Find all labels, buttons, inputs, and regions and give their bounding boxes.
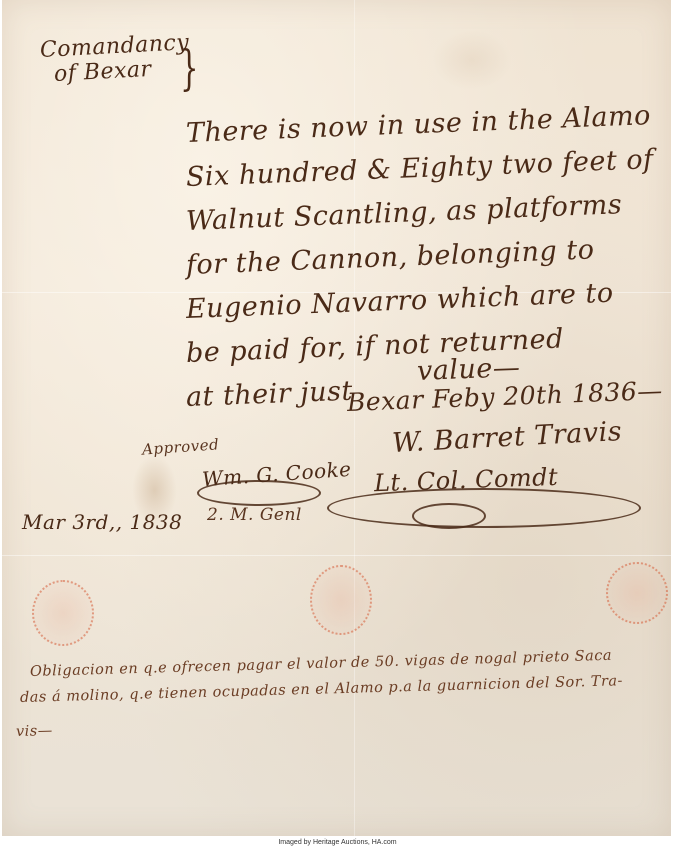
spanish-note-line-2: das á molino, q.e tienen ocupadas en el … (20, 673, 623, 706)
brace-mark: } (180, 40, 198, 96)
approval-date: Mar 3rd,, 1838 (22, 510, 182, 534)
heading-line-2: of Bexar (53, 57, 152, 87)
signature-flourish (412, 503, 486, 529)
body-line-4: for the Cannon, belonging to (185, 234, 595, 281)
body-line-3: Walnut Scantling, as platforms (185, 189, 622, 237)
body-line-1: There is now in use in the Alamo (185, 100, 651, 149)
body-line-7: at their just (185, 376, 353, 413)
paper-sheet: Comandancy of Bexar } There is now in us… (2, 0, 671, 836)
approval-title: 2. M. Genl (207, 505, 302, 525)
image-credit: Imaged by Heritage Auctions, HA.com (0, 839, 675, 846)
body-line-5: Eugenio Navarro which are to (185, 278, 614, 325)
approval-flourish (197, 480, 321, 506)
dateline: Bexar Feby 20th 1836— (346, 376, 663, 417)
signature-travis: W. Barret Travis (391, 416, 622, 459)
body-line-2: Six hundred & Eighty two feet of (185, 144, 654, 193)
red-seal-stamp-center (310, 565, 372, 635)
red-seal-stamp-left (32, 580, 94, 646)
approval-label: Approved (141, 435, 219, 458)
spanish-note-line-3: vis— (16, 723, 53, 740)
document-page: Comandancy of Bexar } There is now in us… (0, 0, 675, 850)
signature-flourish (327, 488, 641, 528)
water-stain (432, 30, 512, 90)
fold-line (2, 555, 671, 556)
red-seal-stamp-right (606, 562, 668, 624)
